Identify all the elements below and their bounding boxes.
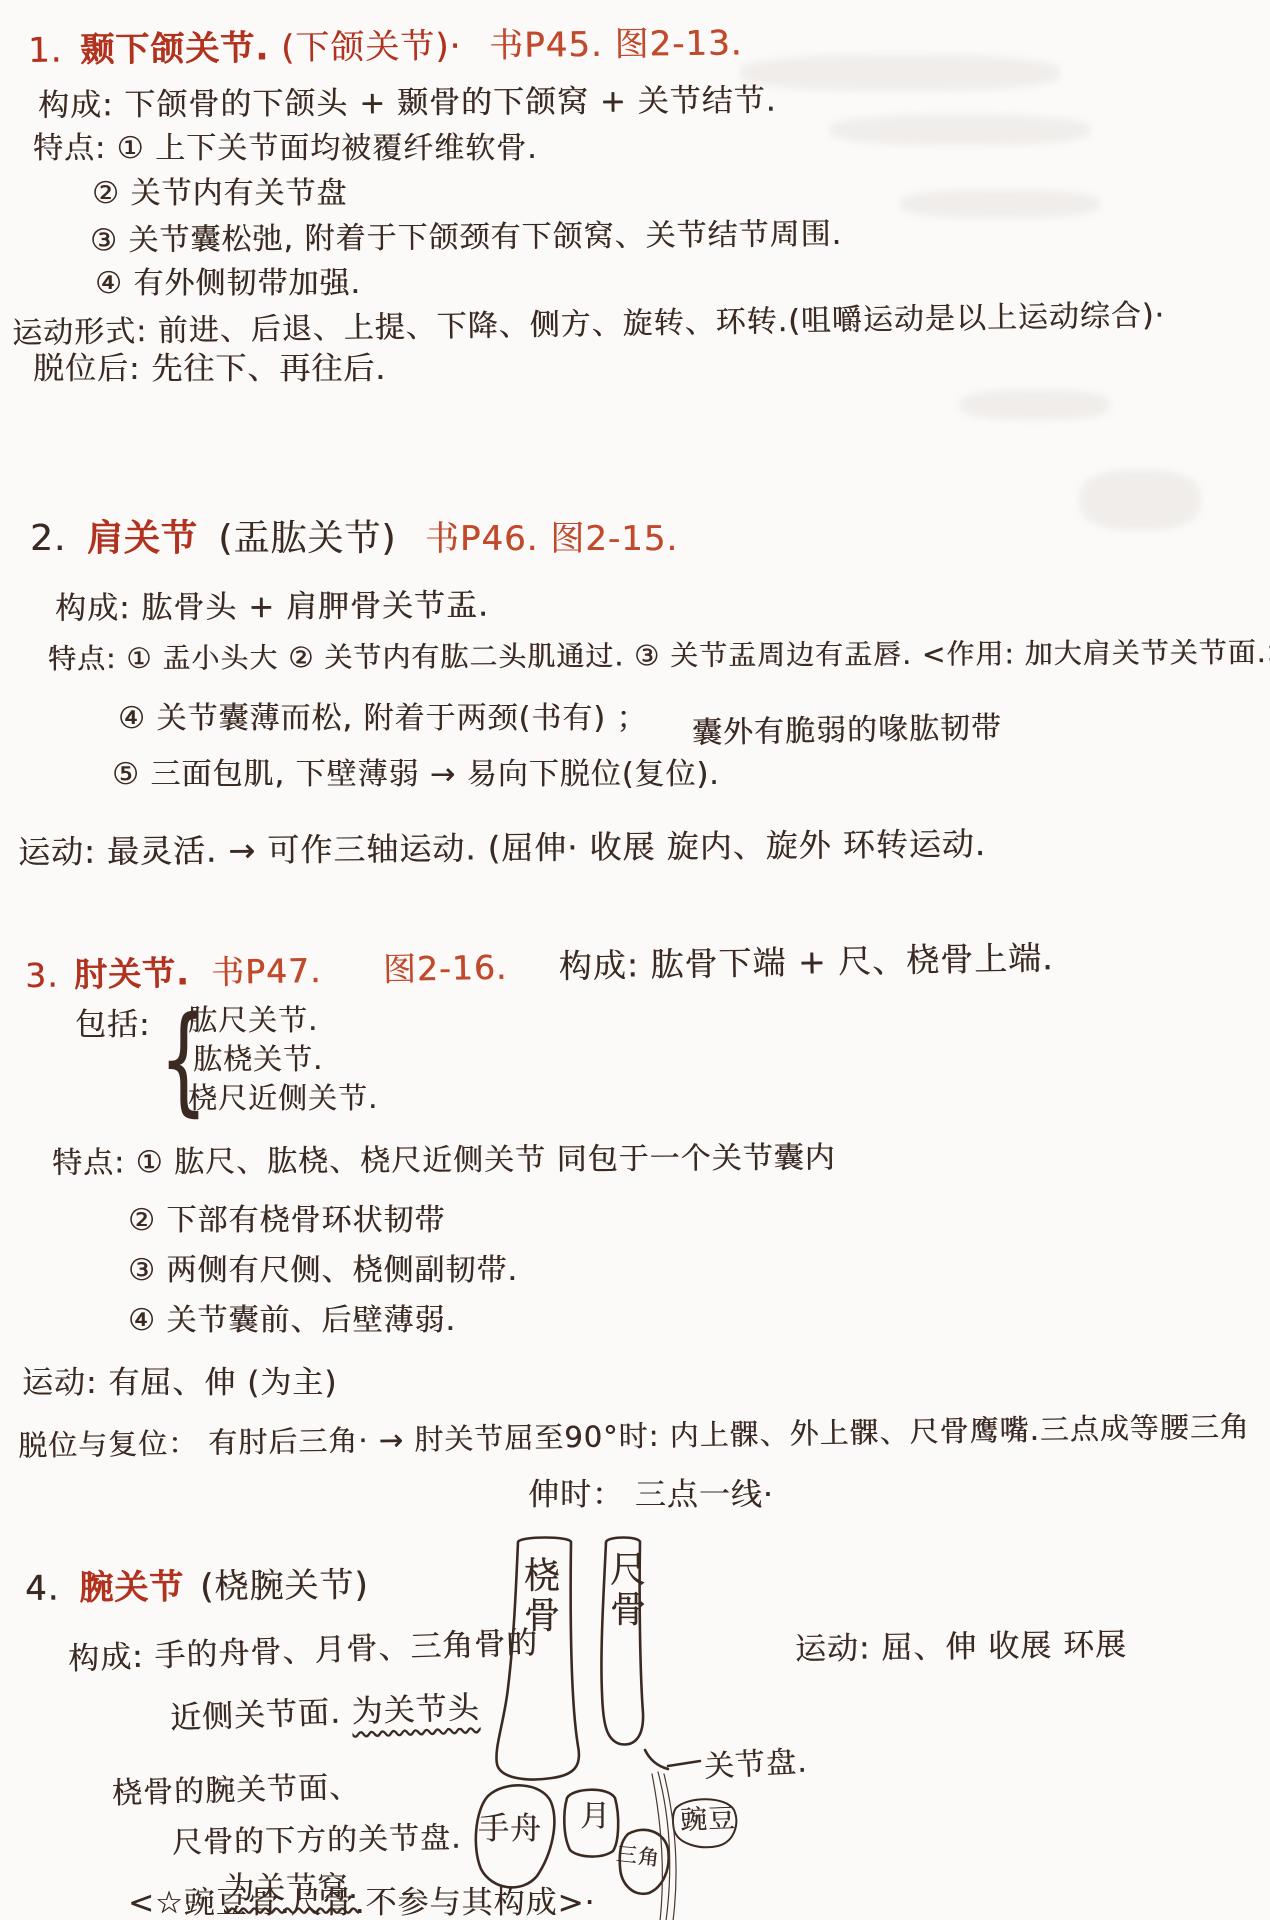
section-2-composition: 构成: 肱骨头 + 肩胛骨关节盂. — [55, 588, 489, 627]
section-2-heading: 2. 肩关节 (盂肱关节) 书P46. 图2-15. — [30, 518, 678, 559]
section-2-subtitle: (盂肱关节) — [218, 518, 396, 559]
section-3-motion: 运动: 有屈、伸 (为主) — [22, 1366, 337, 1402]
section-4-proximal-surface: 近侧关节面. — [169, 1694, 352, 1736]
section-1-heading: 1. 颞下颌关节. (下颌关节)· 书P45. 图2-13. — [28, 24, 743, 71]
section-3-include-label: 包括: — [75, 1008, 150, 1044]
section-2-motion: 运动: 最灵活. → 可作三轴运动. (屈伸· 收展 旋内、旋外 环转运动. — [18, 826, 986, 871]
section-3-include-item-1: 肱尺关节. — [188, 1004, 318, 1037]
section-1-feature-3: ③ 关节囊松弛, 附着于下颌颈有下颌窝、关节结节周围. — [90, 218, 842, 259]
section-1-number: 1. — [28, 30, 63, 70]
section-2-book-ref: 书P46. 图2-15. — [425, 519, 678, 559]
section-1-subtitle: (下颌关节)· — [281, 26, 462, 68]
section-4-composition-line-4: 尺骨的下方的关节盘. — [172, 1821, 462, 1861]
section-3-composition: 构成: 肱骨下端 + 尺、桡骨上端. — [558, 938, 1053, 986]
section-4-motion: 运动: 屈、伸 收展 环展 — [795, 1628, 1127, 1668]
section-3-include-item-3: 桡尺近侧关节. — [188, 1082, 378, 1115]
section-3-include-item-2: 肱桡关节. — [193, 1043, 323, 1076]
triquetrum-bone-label: 三角 — [615, 1842, 661, 1871]
section-3-feature-3: ③ 两侧有尺侧、桡侧副韧带. — [128, 1254, 518, 1289]
section-3-feature-4: ④ 关节囊前、后壁薄弱. — [128, 1304, 456, 1339]
ulna-bone-label: 尺骨 — [604, 1550, 645, 1630]
scaphoid-bone-label: 手舟 — [478, 1812, 542, 1848]
section-3-book-ref-figure: 图2-16. — [383, 948, 508, 989]
section-1-feature-4: ④ 有外侧韧带加强. — [95, 267, 361, 302]
section-3-feature-1: 特点: ① 肱尺、肱桡、桡尺近侧关节 同包于一个关节囊内 — [52, 1141, 836, 1181]
articular-disc-wedge — [645, 1750, 668, 1769]
articular-disc-pointer-line — [668, 1761, 700, 1766]
bleedthrough-artifact — [960, 390, 1110, 420]
section-1-feature-1: 特点: ① 上下关节面均被覆纤维软骨. — [33, 132, 538, 167]
lunate-bone-label: 月 — [580, 1800, 611, 1835]
section-1-motion: 运动形式: 前进、后退、上提、下降、侧方、旋转、环转.(咀嚼运动是以上运动综合)… — [12, 299, 1166, 352]
section-3-dislocation: 脱位与复位： 有肘后三角· → 肘关节屈至90°时: 内上髁、外上髁、尺骨鹰嘴.… — [18, 1410, 1250, 1463]
section-4-heading: 4. 腕关节 (桡腕关节) — [25, 1566, 369, 1609]
section-3-title: 肘关节. — [74, 953, 190, 994]
articular-disc-label: 关节盘. — [703, 1745, 808, 1785]
bleedthrough-artifact — [830, 115, 1090, 145]
section-1-title: 颞下颌关节. — [80, 28, 269, 70]
handwritten-notes-page: 1. 颞下颌关节. (下颌关节)· 书P45. 图2-13. 构成: 下颌骨的下… — [0, 0, 1270, 1920]
tendon-stroke — [664, 1774, 676, 1920]
radius-bone-label: 桡骨 — [518, 1556, 559, 1636]
pisiform-bone-label: 豌豆 — [679, 1803, 736, 1836]
section-2-feature-1: 特点: ① 盂小头大 ② 关节内有肱二头肌通过. ③ 关节盂周边有盂唇. <作用… — [48, 637, 1270, 676]
section-1-dislocation: 脱位后: 先往下、再往后. — [33, 352, 386, 388]
section-3-heading: 3. 肘关节. 书P47. 图2-16. 构成: 肱骨下端 + 尺、桡骨上端. — [25, 939, 1054, 995]
section-2-feature-3: ⑤ 三面包肌, 下壁薄弱 → 易向下脱位(复位). — [112, 758, 720, 793]
bleedthrough-artifact — [1080, 470, 1200, 530]
section-4-subtitle: (桡腕关节) — [200, 1565, 369, 1607]
section-3-feature-2: ② 下部有桡骨环状韧带 — [128, 1204, 445, 1239]
section-2-feature-2b: 囊外有脆弱的喙肱韧带 — [692, 711, 1003, 751]
section-2-number: 2. — [30, 518, 66, 559]
section-4-number: 4. — [25, 1568, 60, 1608]
section-3-extension-note: 伸时： 三点一线· — [528, 1478, 774, 1514]
section-2-feature-2a: ④ 关节囊薄而松, 附着于两颈(书有) ； — [118, 702, 647, 737]
section-4-composition-line-3: 桡骨的腕关节面、 — [112, 1771, 361, 1812]
bleedthrough-artifact — [900, 190, 1100, 218]
bleedthrough-artifact — [740, 55, 1060, 91]
section-1-book-ref: 书P45. 图2-13. — [489, 23, 743, 66]
section-2-title: 肩关节 — [87, 518, 198, 559]
section-3-number: 3. — [25, 955, 59, 995]
section-1-composition: 构成: 下颌骨的下颌头 + 颞骨的下颌窝 + 关节结节. — [38, 83, 777, 124]
section-4-title: 腕关节 — [79, 1567, 184, 1608]
section-3-book-ref-page: 书P47. — [211, 951, 322, 992]
section-1-feature-2: ② 关节内有关节盘 — [92, 177, 347, 212]
